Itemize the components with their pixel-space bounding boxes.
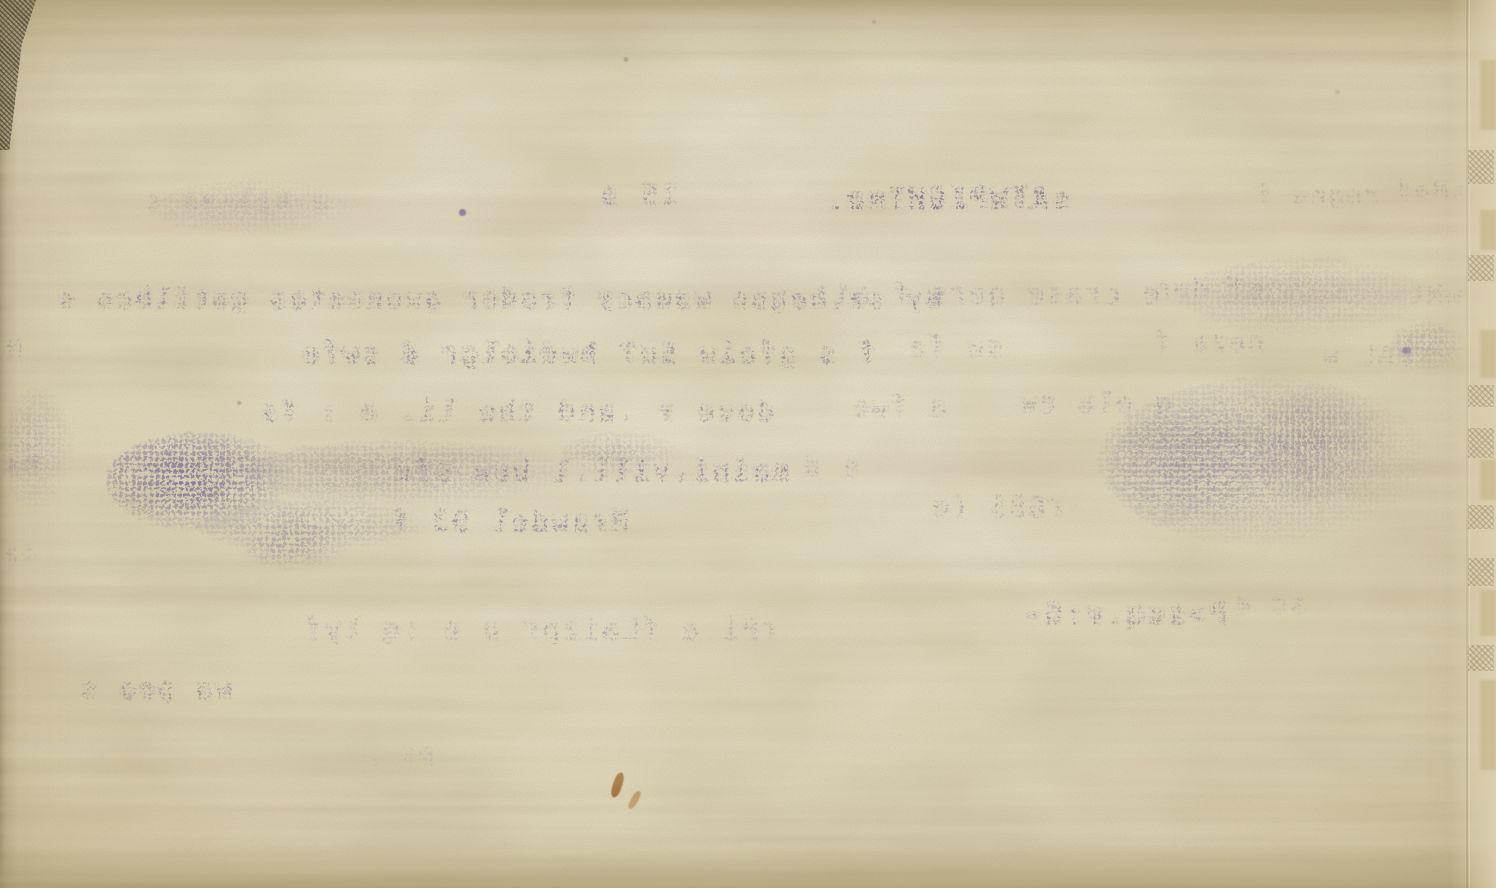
ghost-text-fragment: Mrawdel 93 f (388, 506, 626, 534)
ghost-text-fragment: sc e (1230, 590, 1305, 616)
ghost-text-fragment: sf den (1150, 275, 1262, 301)
paper-band (0, 806, 1496, 812)
edge-shade-block (1480, 680, 1496, 770)
edge-shade-block (1480, 330, 1496, 378)
ghost-text-fragment: e crase gers f ai (830, 279, 1157, 306)
ghost-text-fragment: Ms (0, 452, 37, 478)
weave-patch (1468, 428, 1494, 458)
ink-smudge (1096, 376, 1431, 544)
ghost-text-fragment: rPi e fLaizpr u e :q lyf (300, 614, 777, 642)
ghost-text-fragment: e kil.zA s (140, 188, 327, 214)
ghost-text-fragment: neza f (1150, 328, 1262, 354)
ghost-text-fragment: a fwe (848, 392, 944, 419)
paper-fleck (609, 771, 626, 799)
ghost-text-fragment: sATWPIGHTma. (822, 183, 1068, 212)
weave-patch (1468, 255, 1494, 281)
ghost-text-fragment: e d (800, 452, 858, 479)
paper-band (0, 282, 1496, 306)
paper-band (0, 196, 1496, 234)
ghost-text-fragment: LtMad (1392, 176, 1482, 201)
ink-smudge (148, 178, 358, 233)
paper-fleck (237, 401, 241, 405)
paper-fleck (459, 209, 466, 216)
ghost-text-fragment: wa poo s (76, 674, 230, 701)
ink-smudge (560, 430, 680, 476)
paper-band (0, 560, 1496, 568)
ink-smudge (104, 430, 294, 530)
weave-patch (1468, 150, 1494, 184)
paper-band (0, 742, 1496, 758)
scanned-document: e kil.zA s15 asATWPIGHTma.rognu fLtMadby… (0, 0, 1496, 888)
fleck-layer (0, 0, 1496, 888)
paper-right-edge (1450, 0, 1496, 888)
ghost-text-fragment: dove r .and the li. e : fs (256, 396, 772, 424)
ink-smudge (1178, 256, 1433, 334)
ink-smudge (1106, 406, 1281, 531)
ghost-text-layer: e kil.zA s15 asATWPIGHTma.rognu fLtMadby… (0, 0, 1496, 888)
weave-patch (1468, 385, 1494, 407)
weave-patch (1468, 645, 1494, 671)
paper-band (0, 50, 1496, 60)
paper-band (0, 356, 1496, 374)
ghost-text-fragment: M (2, 336, 21, 362)
paper-fleck (1335, 90, 1340, 94)
ink-smudge-layer (0, 0, 1496, 888)
ghost-text-fragment: g elu ew (1016, 388, 1170, 415)
ghost-text-fragment: sw fe (905, 332, 1001, 359)
paper-fleck (626, 790, 642, 811)
paper-crease (1466, 0, 1468, 888)
scanner-corner-fabric (0, 0, 36, 150)
ghost-text-fragment: pi , (362, 740, 432, 764)
ink-smudge (0, 386, 72, 511)
ghost-text-fragment: by sz,begon wamacy froder gwonnetos gati… (54, 284, 940, 311)
edge-shade-block (1480, 590, 1496, 636)
scan-vignette (0, 0, 1496, 888)
ghost-text-fragment: 15 a (596, 179, 675, 207)
ghost-text-fragment: -rGBS (e (928, 492, 1082, 519)
ghost-text-fragment: cAL w (1318, 342, 1411, 368)
ghost-text-fragment: maini.vill.l buw sfe (390, 456, 787, 484)
edge-shade-block (1480, 460, 1496, 500)
paper-crease-highlight (1469, 0, 1470, 888)
ink-smudge (1388, 320, 1468, 370)
paper-band (0, 452, 1496, 478)
ink-smudge (240, 438, 570, 504)
ghost-text-fragment: rognu f (1252, 182, 1378, 207)
ink-smudge (244, 528, 342, 568)
ghost-text-fragment: f s gfoiw Su? hwdiolgr d swfe (298, 338, 874, 366)
weave-patch (1468, 558, 1494, 586)
ghost-text-fragment: P>suq.v:G- (1020, 598, 1225, 627)
paper-fleck (624, 57, 628, 62)
edge-shade-block (1480, 60, 1496, 130)
ink-smudge (196, 498, 431, 552)
paper-fleck (872, 20, 876, 24)
edge-shade-block (1480, 210, 1496, 250)
paper-band (0, 584, 1496, 604)
paper-fleck (1402, 347, 1411, 354)
ink-smudge (1252, 384, 1387, 509)
ghost-text-fragment: 4a (0, 540, 35, 564)
weave-patch (1468, 505, 1494, 529)
paper-texture (0, 0, 1496, 888)
ghost-text-fragment: wMl (1404, 282, 1460, 308)
